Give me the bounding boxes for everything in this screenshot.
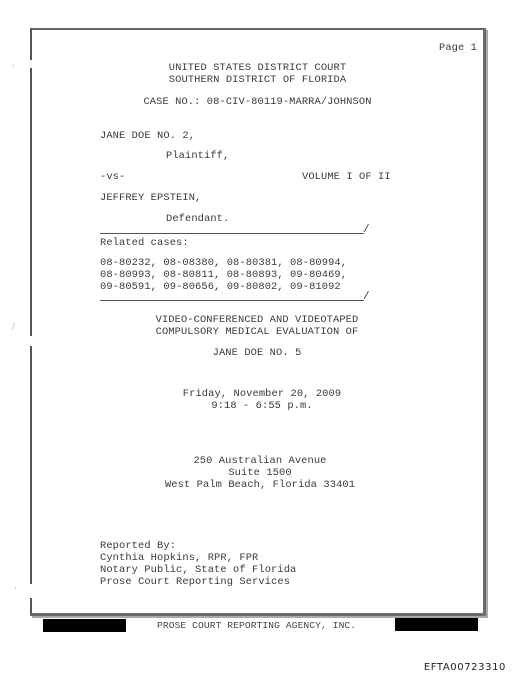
reporter-company: Prose Court Reporting Services [100, 576, 290, 588]
scan-mark: ‘ [12, 64, 15, 74]
border-gap [29, 336, 34, 346]
evaluation-subject: JANE DOE NO. 5 [112, 347, 402, 359]
location-street: 250 Australian Avenue [112, 455, 408, 467]
related-cases-line: 08-80232, 08-08380, 08-80381, 08-80994, [100, 257, 347, 269]
document-title-line1: VIDEO-CONFERENCED AND VIDEOTAPED [112, 314, 402, 326]
caption-divider-slash: / [363, 224, 370, 236]
case-number: CASE NO.: 08-CIV-80119-MARRA/JOHNSON [32, 96, 483, 108]
document-title-line2: COMPULSORY MEDICAL EVALUATION OF [112, 326, 402, 338]
bates-number: EFTA00723310 [424, 662, 506, 673]
page-number: Page 1 [439, 42, 477, 54]
reporter-name: Cynthia Hopkins, RPR, FPR [100, 552, 258, 564]
court-name: UNITED STATES DISTRICT COURT [32, 62, 483, 74]
related-cases-divider-slash: / [363, 291, 370, 303]
document-page: Page 1 UNITED STATES DISTRICT COURT SOUT… [30, 28, 486, 616]
court-district: SOUTHERN DISTRICT OF FLORIDA [32, 74, 483, 86]
scan-mark: / [12, 322, 15, 332]
scan-mark: ‘ [14, 586, 17, 596]
redaction-box-left [43, 619, 126, 632]
plaintiff-name: JANE DOE NO. 2, [100, 130, 195, 142]
related-cases-line: 08-80993, 08-80811, 08-80893, 09-80469, [100, 269, 347, 281]
location-city: West Palm Beach, Florida 33401 [112, 479, 408, 491]
session-date: Friday, November 20, 2009 [112, 388, 412, 400]
versus: -vs- [100, 171, 125, 183]
related-cases-line: 09-80591, 09-80656, 09-80802, 09-81092 [100, 281, 341, 293]
footer-agency: PROSE COURT REPORTING AGENCY, INC. [157, 620, 356, 632]
redaction-box-right [395, 618, 478, 631]
plaintiff-role: Plaintiff, [166, 150, 229, 162]
reporter-title: Notary Public, State of Florida [100, 564, 296, 576]
defendant-role: Defendant. [166, 213, 229, 225]
related-cases-label: Related cases: [100, 237, 189, 249]
related-cases-divider [100, 300, 364, 301]
reported-by-label: Reported By: [100, 540, 176, 552]
volume-label: VOLUME I OF II [302, 171, 391, 183]
caption-divider [100, 233, 364, 234]
border-gap [29, 584, 34, 598]
location-suite: Suite 1500 [112, 467, 408, 479]
session-time: 9:18 - 6:55 p.m. [112, 400, 412, 412]
defendant-name: JEFFREY EPSTEIN, [100, 192, 201, 204]
